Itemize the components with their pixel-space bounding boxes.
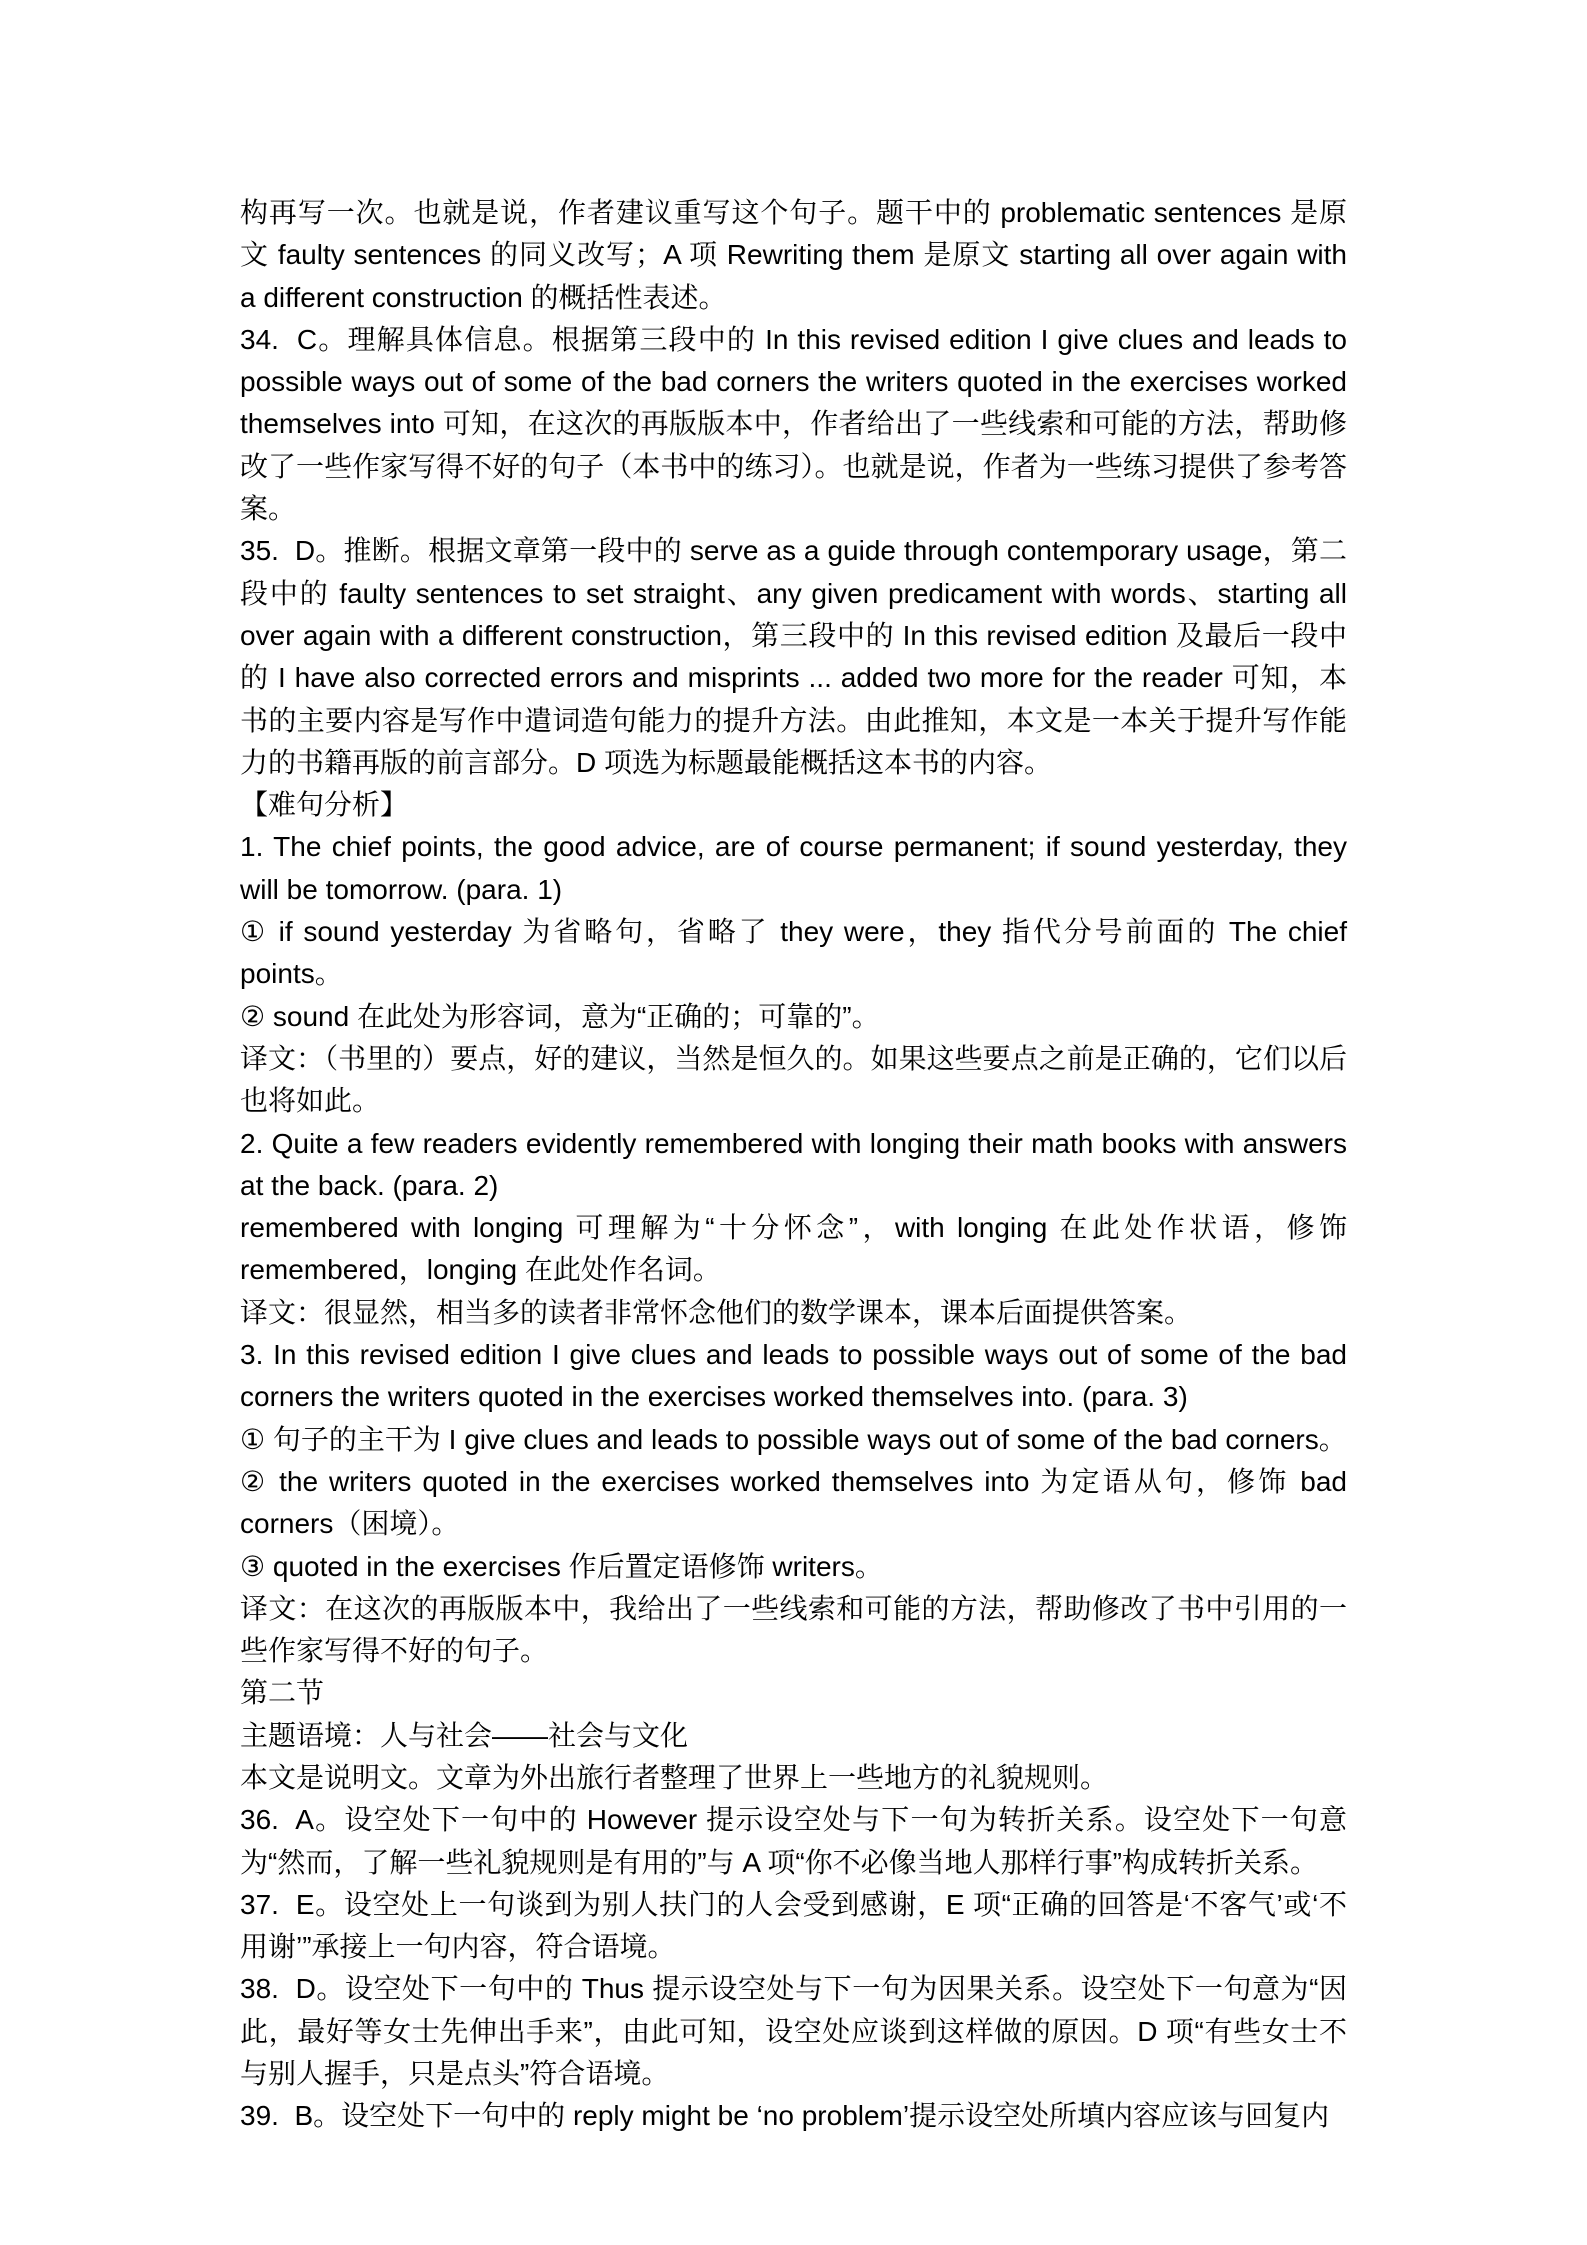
answer-34: 34. C。理解具体信息。根据第三段中的 In this revised edi… <box>240 319 1347 530</box>
passage-summary-line: 本文是说明文。文章为外出旅行者整理了世界上一些地方的礼貌规则。 <box>240 1757 1347 1799</box>
answer-37: 37. E。设空处上一句谈到为别人扶门的人会受到感谢，E 项“正确的回答是‘不客… <box>240 1884 1347 1969</box>
answer-38: 38. D。设空处下一句中的 Thus 提示设空处与下一句为因果关系。设空处下一… <box>240 1968 1347 2095</box>
answer-36: 36. A。设空处下一句中的 However 提示设空处与下一句为转折关系。设空… <box>240 1799 1347 1884</box>
sentence-1-note-2: ② sound 在此处为形容词，意为“正确的；可靠的”。 <box>240 996 1347 1038</box>
sentence-3-note-3: ③ quoted in the exercises 作后置定语修饰 writer… <box>240 1546 1347 1588</box>
difficult-sentence-analysis-heading: 【难句分析】 <box>240 784 1347 826</box>
sentence-2-note: remembered with longing 可理解为“十分怀念”，with … <box>240 1207 1347 1292</box>
sentence-1-note-1: ① if sound yesterday 为省略句，省略了 they were，… <box>240 911 1347 996</box>
continued-answer-explanation: 构再写一次。也就是说，作者建议重写这个句子。题干中的 problematic s… <box>240 192 1347 319</box>
difficult-sentence-2: 2. Quite a few readers evidently remembe… <box>240 1123 1347 1208</box>
sentence-1-translation: 译文：（书里的）要点，好的建议，当然是恒久的。如果这些要点之前是正确的，它们以后… <box>240 1038 1347 1123</box>
sentence-3-note-2: ② the writers quoted in the exercises wo… <box>240 1461 1347 1546</box>
sentence-2-translation: 译文：很显然，相当多的读者非常怀念他们的数学课本，课本后面提供答案。 <box>240 1292 1347 1334</box>
page-content: 构再写一次。也就是说，作者建议重写这个句子。题干中的 problematic s… <box>240 192 1347 2138</box>
answer-39: 39. B。设空处下一句中的 reply might be ‘no proble… <box>240 2095 1347 2137</box>
sentence-3-note-1: ① 句子的主干为 I give clues and leads to possi… <box>240 1419 1347 1461</box>
document-page: 构再写一次。也就是说，作者建议重写这个句子。题干中的 problematic s… <box>0 0 1587 2245</box>
difficult-sentence-3: 3. In this revised edition I give clues … <box>240 1334 1347 1419</box>
theme-context-line: 主题语境：人与社会——社会与文化 <box>240 1715 1347 1757</box>
difficult-sentence-1: 1. The chief points, the good advice, ar… <box>240 826 1347 911</box>
sentence-3-translation: 译文：在这次的再版版本中，我给出了一些线索和可能的方法，帮助修改了书中引用的一些… <box>240 1588 1347 1673</box>
answer-35: 35. D。推断。根据文章第一段中的 serve as a guide thro… <box>240 530 1347 784</box>
section-2-heading: 第二节 <box>240 1672 1347 1714</box>
